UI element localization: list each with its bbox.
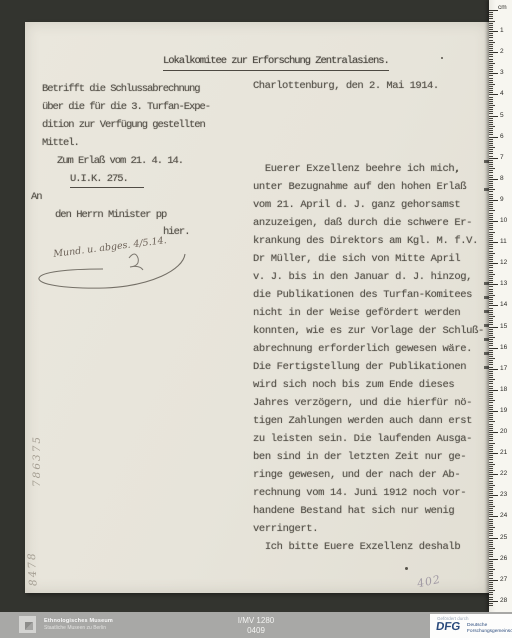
pencil-page-number: 402 xyxy=(416,573,442,591)
ruler-number: 6 xyxy=(500,133,504,140)
ruler-tick xyxy=(489,113,493,114)
ruler-tick xyxy=(489,360,493,361)
ruler-tick xyxy=(489,464,495,465)
ruler-tick xyxy=(489,569,495,570)
ruler-tick xyxy=(489,388,493,389)
ruler-tick xyxy=(489,398,493,399)
ruler-tick xyxy=(489,164,493,165)
ruler-tick xyxy=(489,97,493,98)
ruler-tick xyxy=(489,316,495,317)
ruler-tick xyxy=(489,367,493,368)
ruler-tick xyxy=(489,417,493,418)
body-line: rechnung vom 14. Juni 1912 noch vor- xyxy=(253,484,484,502)
ruler-tick xyxy=(489,428,493,429)
ruler-tick xyxy=(489,352,493,353)
body-line: ringe gewesen, und der nach der Ab- xyxy=(253,466,484,484)
ruler-tick xyxy=(489,432,498,433)
ruler-tick xyxy=(489,33,493,34)
ruler-tick xyxy=(489,396,493,397)
ruler-tick xyxy=(489,213,493,214)
ruler-tick xyxy=(489,128,493,129)
ruler-tick xyxy=(489,286,493,287)
ruler-tick xyxy=(489,69,493,70)
ruler-tick xyxy=(489,272,493,273)
ruler-tick xyxy=(489,386,493,387)
ruler-tick xyxy=(489,443,495,444)
ruler-tick xyxy=(489,248,493,249)
ruler-tick xyxy=(489,229,493,230)
body-line: ben sind in der letzten Zeit nur ge- xyxy=(253,448,484,466)
ruler-number: 19 xyxy=(500,407,507,414)
ruler-tick xyxy=(489,75,493,76)
ruler-tick xyxy=(489,71,493,72)
handwritten-dispatch-note: Mund. u. abges. 4/5.14. xyxy=(33,236,193,296)
ruler-tick xyxy=(489,546,493,547)
ruler-tick xyxy=(489,107,493,108)
date-line: Charlottenburg, den 2. Mai 1914. xyxy=(253,80,439,92)
file-reference: U.I.K. 275. xyxy=(70,173,144,188)
ruler-tick xyxy=(489,280,493,281)
ruler-number: 15 xyxy=(500,323,507,330)
footer-bar: Ethnologisches Museum Staatliche Museen … xyxy=(0,612,512,638)
ruler-number: 11 xyxy=(500,238,507,245)
ruler-tick xyxy=(489,375,493,376)
ruler-tick xyxy=(489,162,493,163)
ruler-tick xyxy=(489,554,493,555)
ruler-tick xyxy=(489,438,493,439)
ruler-tick xyxy=(489,59,493,60)
body-line: abrechnung erforderlich gewesen wäre. xyxy=(253,340,484,358)
ruler-tick xyxy=(489,73,498,74)
ruler-tick xyxy=(489,561,493,562)
ruler-tick xyxy=(489,21,495,22)
dfg-full-name: DeutscheForschungsgemeinschaft xyxy=(467,623,512,634)
ruler-number: 7 xyxy=(500,154,504,161)
body-line: v. J. bis in den Januar d. J. hinzog, xyxy=(253,268,484,286)
ruler-tick xyxy=(489,78,493,79)
ruler-tick xyxy=(489,337,495,338)
ruler-tick xyxy=(489,544,493,545)
ruler-tick xyxy=(489,153,493,154)
ruler-tick xyxy=(489,270,493,271)
ruler-tick xyxy=(489,312,493,313)
ruler-tick xyxy=(489,588,493,589)
ruler-tick xyxy=(489,580,498,581)
ruler-tick xyxy=(489,487,493,488)
ruler-tick xyxy=(489,424,493,425)
ruler-tick xyxy=(489,56,493,57)
ruler-tick xyxy=(489,103,493,104)
ruler-number: 25 xyxy=(500,534,507,541)
ruler-tick xyxy=(489,170,493,171)
body-line: die Publikationen des Turfan-Komitees xyxy=(253,286,484,304)
body-line: anzuzeigen, daß durch die schwere Er- xyxy=(253,214,484,232)
ruler-tick xyxy=(489,590,495,591)
ruler-tick xyxy=(489,189,495,190)
ruler: cm 1234567891011121314151617181920212223… xyxy=(489,0,512,612)
ruler-tick xyxy=(489,478,493,479)
ruler-tick xyxy=(489,67,493,68)
ruler-tick xyxy=(489,483,493,484)
ruler-tick xyxy=(489,451,493,452)
ruler-tick xyxy=(489,350,493,351)
ruler-tick xyxy=(489,185,493,186)
ruler-tick xyxy=(489,94,498,95)
ruler-tick xyxy=(489,111,493,112)
ruler-tick xyxy=(489,356,493,357)
ruler-tick xyxy=(489,485,495,486)
ruler-tick xyxy=(489,149,493,150)
ruler-tick xyxy=(489,573,493,574)
ruler-tick xyxy=(489,227,493,228)
archival-scan-viewport: Lokalkomitee zur Erforschung Zentralasie… xyxy=(0,0,512,638)
ruler-tick xyxy=(489,413,493,414)
ruler-tick xyxy=(489,402,493,403)
ruler-tick xyxy=(489,320,493,321)
ruler-tick xyxy=(489,143,493,144)
ruler-tick xyxy=(489,601,498,602)
ruler-tick xyxy=(489,400,495,401)
ruler-tick xyxy=(489,147,495,148)
ruler-tick xyxy=(489,362,493,363)
ruler-tick xyxy=(489,278,493,279)
ruler-tick xyxy=(489,301,493,302)
ruler-tick xyxy=(489,305,498,306)
ruler-tick xyxy=(489,341,493,342)
ruler-number: 17 xyxy=(500,365,507,372)
body-line: Die Fertigstellung der Publikationen xyxy=(253,358,484,376)
ruler-tick xyxy=(489,453,498,454)
body-line: handene Bestand hat sich nur wenig xyxy=(253,502,484,520)
ruler-tick xyxy=(489,457,493,458)
ruler-tick xyxy=(489,535,493,536)
ruler-tick xyxy=(489,318,493,319)
ruler-tick xyxy=(489,122,493,123)
ruler-tick xyxy=(489,151,493,152)
ruler-tick xyxy=(489,506,495,507)
ruler-tick xyxy=(489,348,498,349)
ruler-tick xyxy=(489,419,493,420)
ruler-tick xyxy=(489,331,493,332)
ruler-tick xyxy=(489,179,498,180)
ruler-tick xyxy=(489,476,493,477)
ruler-tick xyxy=(489,42,495,43)
ruler-tick xyxy=(489,491,493,492)
ruler-number: 2 xyxy=(500,48,504,55)
ruler-tick xyxy=(489,329,493,330)
ruler-tick xyxy=(489,86,493,87)
ruler-tick xyxy=(489,529,493,530)
ruler-tick xyxy=(489,489,493,490)
ruler-tick xyxy=(489,514,493,515)
ruler-tick xyxy=(489,538,498,539)
ruler-tick xyxy=(489,533,493,534)
ruler-tick xyxy=(489,599,493,600)
dfg-logo: Gefördert durch DFG DeutscheForschungsge… xyxy=(430,614,512,638)
ruler-tick xyxy=(489,377,493,378)
ruler-tick xyxy=(489,381,493,382)
ruler-tick xyxy=(489,559,498,560)
ruler-tick xyxy=(489,369,498,370)
body-line: nicht in der Weise gefördert werden xyxy=(253,304,484,322)
ruler-tick xyxy=(489,242,498,243)
ruler-tick xyxy=(489,436,493,437)
ruler-tick xyxy=(489,210,495,211)
ruler-tick xyxy=(489,299,493,300)
ruler-tick xyxy=(489,50,493,51)
ruler-number: 28 xyxy=(500,597,507,604)
ruler-tick xyxy=(489,105,495,106)
ruler-tick xyxy=(489,470,493,471)
ruler-number: 16 xyxy=(500,344,507,351)
ruler-tick xyxy=(489,156,493,157)
ruler-tick xyxy=(489,196,493,197)
ruler-tick xyxy=(489,219,493,220)
ruler-number: 22 xyxy=(500,470,507,477)
ruler-tick xyxy=(489,426,493,427)
ruler-tick xyxy=(489,508,493,509)
ruler-tick xyxy=(489,139,493,140)
ruler-tick xyxy=(489,132,493,133)
ruler-tick xyxy=(489,65,493,66)
ruler-number: 5 xyxy=(500,112,504,119)
ruler-tick xyxy=(489,523,493,524)
ruler-tick xyxy=(489,23,493,24)
ruler-tick xyxy=(489,223,493,224)
ruler-tick xyxy=(489,291,493,292)
addressee-name: den Herrn Minister pp xyxy=(55,209,166,221)
ruler-tick xyxy=(489,371,493,372)
subject-block: Betrifft die Schlussabrechnungüber die f… xyxy=(42,80,210,152)
ink-speck xyxy=(456,170,458,172)
ruler-tick xyxy=(489,466,493,467)
ruler-tick xyxy=(489,177,493,178)
ruler-tick xyxy=(489,202,493,203)
ruler-tick xyxy=(489,594,493,595)
subject-line: über die für die 3. Turfan-Expe- xyxy=(42,98,210,116)
ruler-tick xyxy=(489,31,498,32)
ruler-tick xyxy=(489,497,493,498)
ruler-tick xyxy=(489,322,493,323)
ruler-tick xyxy=(489,274,495,275)
ruler-tick xyxy=(489,324,493,325)
ruler-tick xyxy=(489,168,495,169)
body-line: vom 21. April d. J. ganz gehorsamst xyxy=(253,196,484,214)
ruler-tick xyxy=(489,411,498,412)
ruler-tick xyxy=(489,84,495,85)
ruler-tick xyxy=(489,238,493,239)
ruler-tick xyxy=(489,37,493,38)
ruler-tick xyxy=(489,373,493,374)
ruler-tick xyxy=(489,187,493,188)
ruler-tick xyxy=(489,126,495,127)
ruler-tick xyxy=(489,217,493,218)
ruler-number: 20 xyxy=(500,428,507,435)
ruler-tick xyxy=(489,29,493,30)
ruler-tick xyxy=(489,563,493,564)
ruler-tick xyxy=(489,358,495,359)
ruler-tick xyxy=(489,25,493,26)
ruler-tick xyxy=(489,160,493,161)
ruler-tick xyxy=(489,276,493,277)
ruler-tick xyxy=(489,327,498,328)
ruler-tick xyxy=(489,194,493,195)
ruler-tick xyxy=(489,310,493,311)
ruler-tick xyxy=(489,282,493,283)
body-line: Dr Müller, die sich von Mitte April xyxy=(253,250,484,268)
ruler-tick xyxy=(489,383,493,384)
ruler-tick xyxy=(489,10,498,11)
body-line: Euerer Exzellenz beehre ich mich, xyxy=(253,160,484,178)
ruler-tick xyxy=(489,293,493,294)
ruler-number: 18 xyxy=(500,386,507,393)
ruler-tick xyxy=(489,204,493,205)
body-line: verringert. xyxy=(253,520,484,538)
ruler-number: 13 xyxy=(500,280,507,287)
ruler-tick xyxy=(489,88,493,89)
ruler-tick xyxy=(489,284,498,285)
ruler-tick xyxy=(489,510,493,511)
ruler-tick xyxy=(489,16,493,17)
ruler-tick xyxy=(489,18,493,19)
ruler-tick xyxy=(489,80,493,81)
ruler-tick xyxy=(489,392,493,393)
body-line: wird sich noch bis zum Ende dieses xyxy=(253,376,484,394)
ruler-tick xyxy=(489,314,493,315)
ruler-tick xyxy=(489,137,498,138)
ruler-tick xyxy=(489,440,493,441)
ruler-tick xyxy=(489,474,498,475)
ruler-tick xyxy=(489,354,493,355)
ruler-tick xyxy=(489,200,498,201)
ruler-tick xyxy=(489,495,498,496)
ruler-number: 4 xyxy=(500,90,504,97)
ruler-tick xyxy=(489,333,493,334)
ruler-tick xyxy=(489,512,493,513)
ruler-tick xyxy=(489,141,493,142)
body-line: tigen Zahlungen werden auch dann erst xyxy=(253,412,484,430)
ruler-tick xyxy=(489,208,493,209)
ruler-tick xyxy=(489,82,493,83)
ruler-tick xyxy=(489,597,493,598)
ruler-tick xyxy=(489,379,495,380)
ink-speck xyxy=(441,57,443,59)
ruler-tick xyxy=(489,99,493,100)
letter-heading: Lokalkomitee zur Erforschung Zentralasie… xyxy=(163,55,389,71)
ruler-tick xyxy=(489,46,493,47)
ruler-number: 21 xyxy=(500,449,507,456)
ruler-tick xyxy=(489,181,493,182)
ruler-tick xyxy=(489,421,495,422)
ruler-tick xyxy=(489,130,493,131)
ruler-tick xyxy=(489,124,493,125)
ruler-tick xyxy=(489,556,493,557)
ruler-tick xyxy=(489,236,493,237)
ruler-tick xyxy=(489,48,493,49)
dfg-name-line: Forschungsgemeinschaft xyxy=(467,629,512,635)
ruler-tick xyxy=(489,550,493,551)
ruler-tick xyxy=(489,394,493,395)
ruler-number: 3 xyxy=(500,69,504,76)
ruler-tick xyxy=(489,198,493,199)
ruler-tick xyxy=(489,308,493,309)
body-line: krankung des Direktors am Kgl. M. f.V. xyxy=(253,232,484,250)
ruler-tick xyxy=(489,14,493,15)
ruler-number: 9 xyxy=(500,196,504,203)
margin-inventory-number: 786375 xyxy=(31,397,45,487)
ruler-tick xyxy=(489,118,493,119)
ruler-tick xyxy=(489,459,493,460)
ruler-tick xyxy=(489,447,493,448)
ruler-tick xyxy=(489,407,493,408)
ruler-tick xyxy=(489,191,493,192)
subject-line: Mittel. xyxy=(42,134,210,152)
ruler-tick xyxy=(489,493,493,494)
ruler-tick xyxy=(489,265,493,266)
ruler-tick xyxy=(489,345,493,346)
ruler-tick xyxy=(489,504,493,505)
body-line: zu leisten sein. Die laufenden Ausga- xyxy=(253,430,484,448)
ruler-tick xyxy=(489,548,495,549)
ruler-number: 24 xyxy=(500,512,507,519)
ruler-tick xyxy=(489,339,493,340)
ruler-tick xyxy=(489,158,498,159)
ruler-tick xyxy=(489,603,493,604)
ruler-tick xyxy=(489,257,493,258)
letter-page: Lokalkomitee zur Erforschung Zentralasie… xyxy=(25,22,489,593)
ruler-tick xyxy=(489,175,493,176)
ruler-tick xyxy=(489,246,493,247)
ruler-tick xyxy=(489,44,493,45)
ruler-tick xyxy=(489,586,493,587)
ruler-tick xyxy=(489,297,493,298)
ruler-tick xyxy=(489,90,493,91)
ruler-tick xyxy=(489,206,493,207)
body-line: Jahres verzögern, und die hierfür nö- xyxy=(253,394,484,412)
dfg-acronym: DFG xyxy=(435,621,461,633)
addressee-salutation: An xyxy=(31,191,42,203)
ruler-number: 26 xyxy=(500,555,507,562)
ruler-tick xyxy=(489,430,493,431)
ruler-tick xyxy=(489,12,493,13)
ruler-tick xyxy=(489,253,495,254)
ruler-number: 10 xyxy=(500,217,507,224)
ruler-tick xyxy=(489,289,493,290)
ruler-tick xyxy=(489,63,495,64)
ruler-tick xyxy=(489,525,493,526)
ruler-tick xyxy=(489,434,493,435)
ruler-tick xyxy=(489,521,493,522)
ruler-tick xyxy=(489,145,493,146)
ruler-tick xyxy=(489,183,493,184)
ruler-tick xyxy=(489,40,493,41)
ink-speck xyxy=(405,567,408,570)
body-line: Ich bitte Euere Exzellenz deshalb xyxy=(253,538,484,556)
ruler-tick xyxy=(489,172,493,173)
ruler-tick xyxy=(489,502,493,503)
ruler-tick xyxy=(489,575,493,576)
ruler-number: 1 xyxy=(500,27,504,34)
ruler-tick xyxy=(489,35,493,36)
ruler-tick xyxy=(489,472,493,473)
ruler-tick xyxy=(489,527,495,528)
ruler-tick xyxy=(489,303,493,304)
ruler-tick xyxy=(489,166,493,167)
ruler-number: 8 xyxy=(500,175,504,182)
ruler-tick xyxy=(489,571,493,572)
decree-reference: Zum Erlaß vom 21. 4. 14. xyxy=(57,155,183,167)
ruler-tick xyxy=(489,605,493,606)
